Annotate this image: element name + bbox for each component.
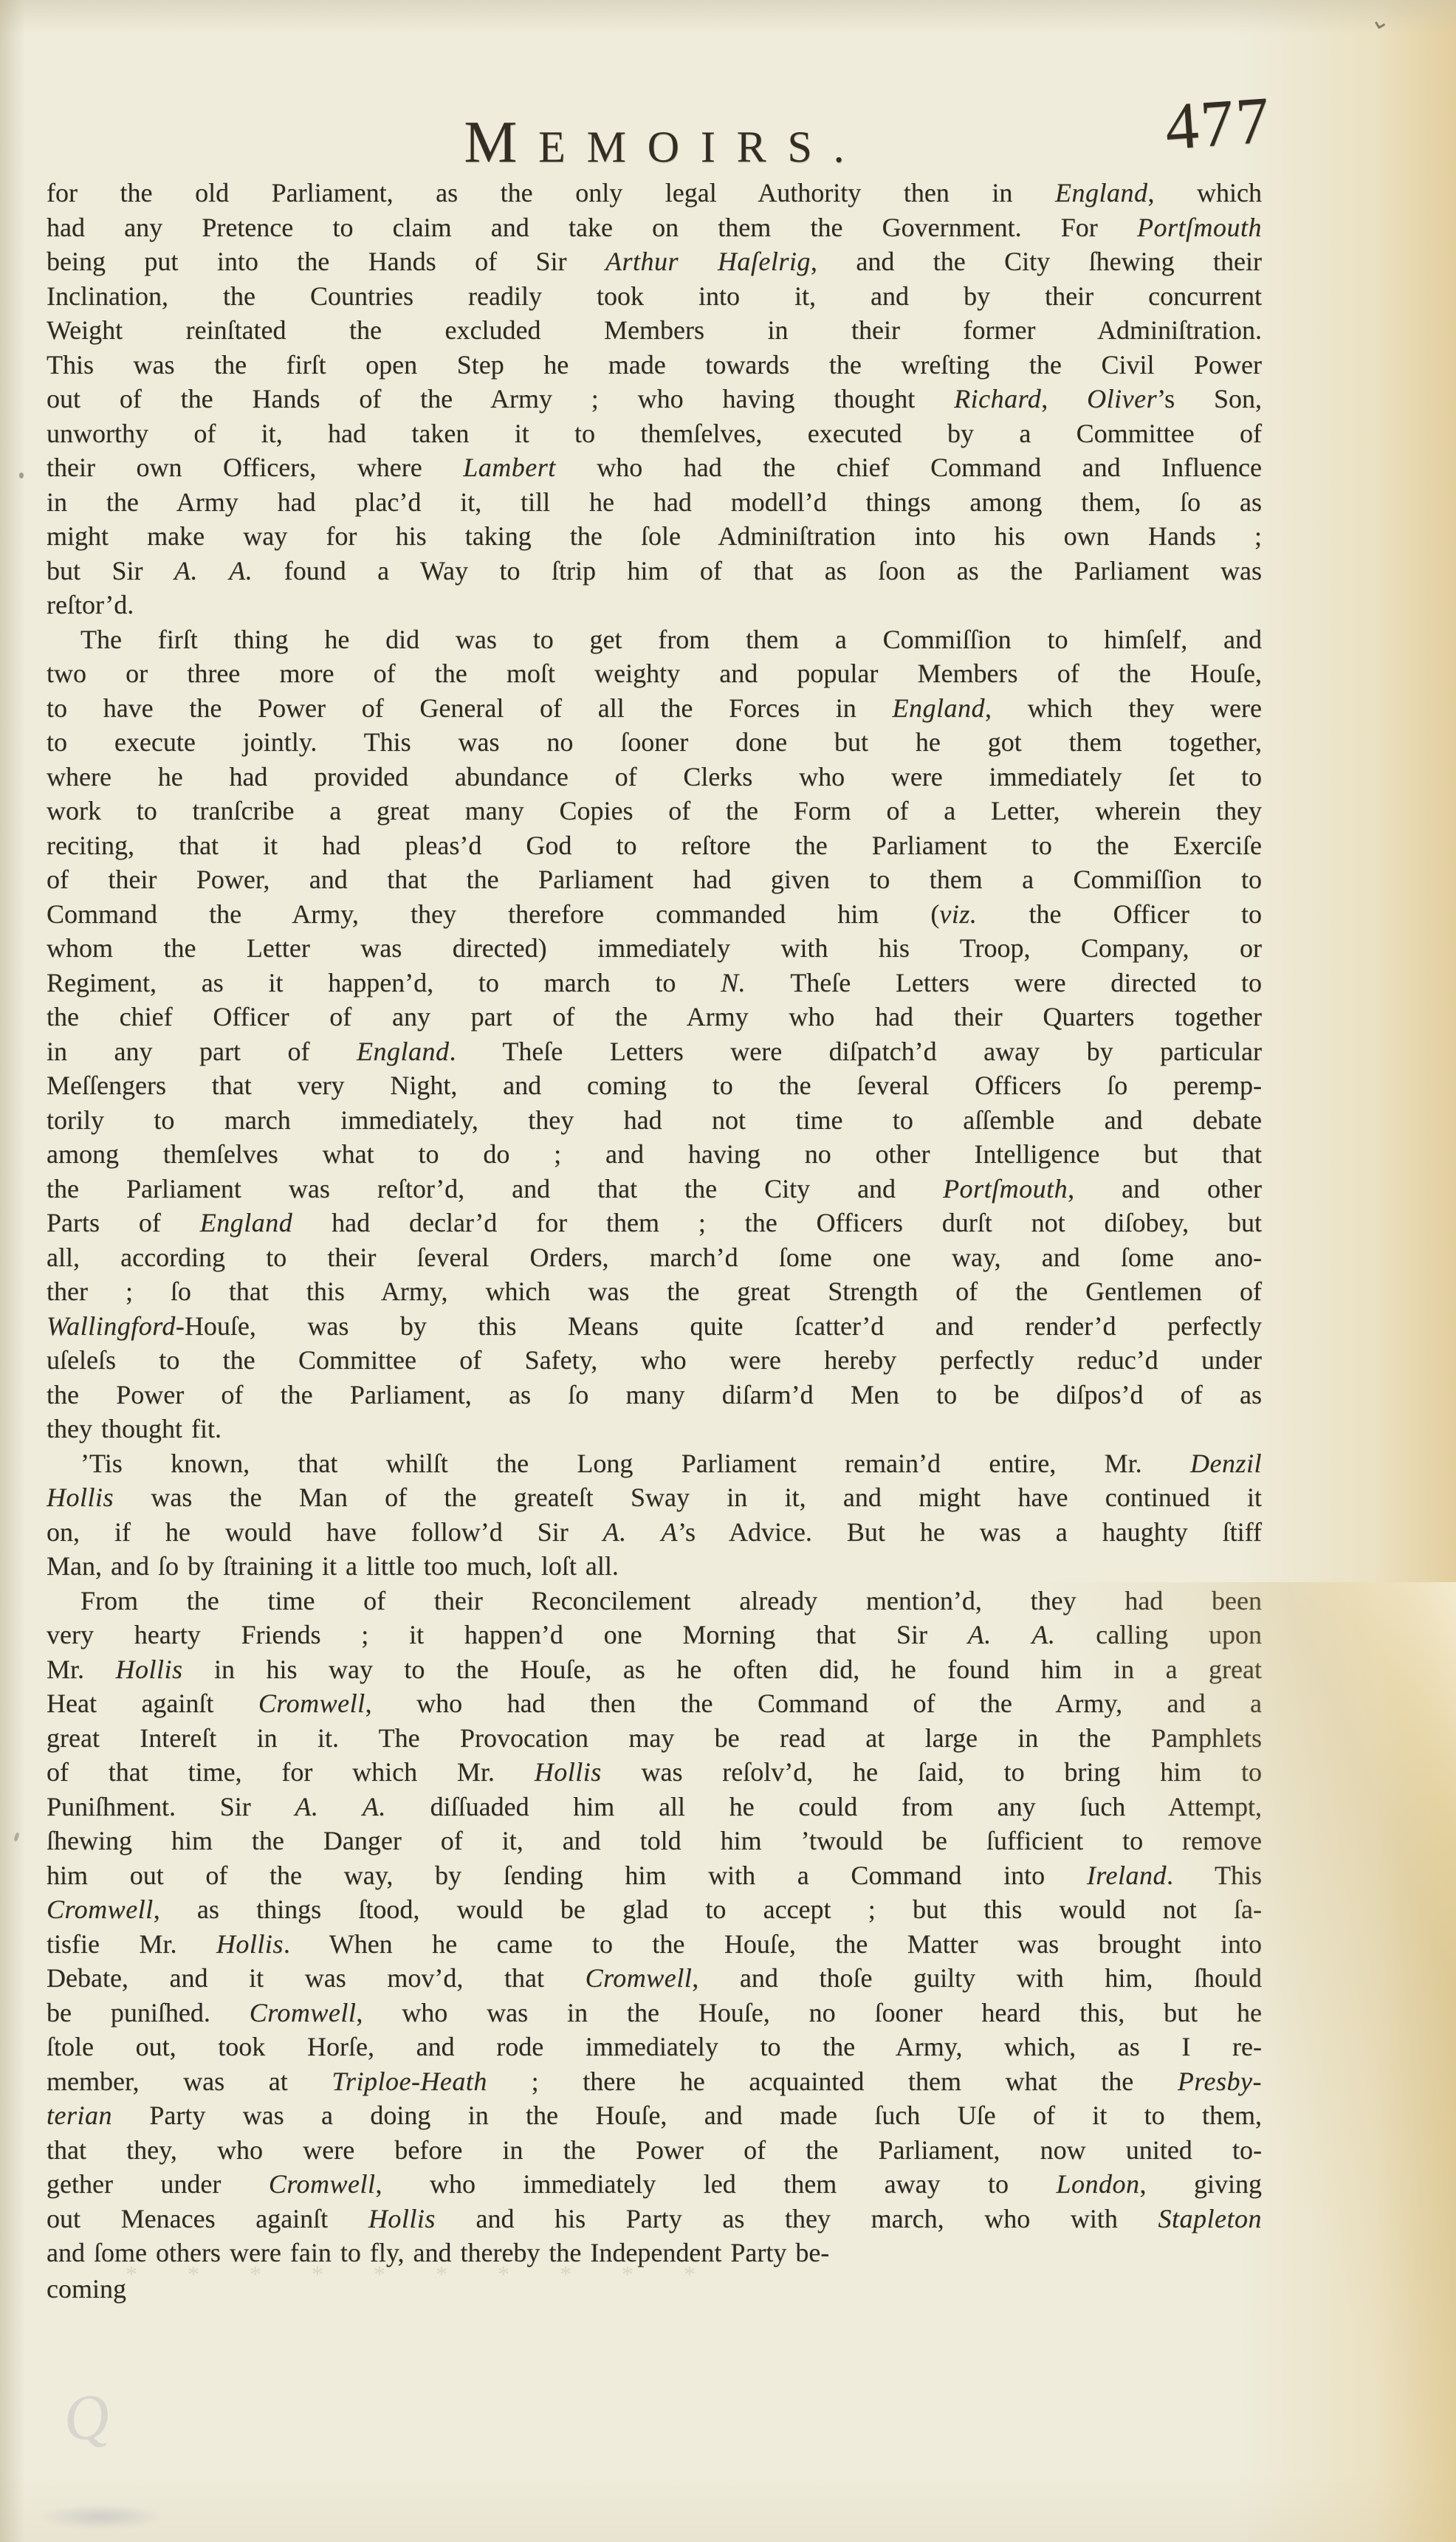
text-line: terian Party was a doing in the Houſe, a… [47, 2098, 1262, 2133]
book-page: ⌄ MEMOIRS. 477 for the old Parliament, a… [0, 0, 1456, 2542]
text-line: torily to march immediately, they had no… [47, 1103, 1262, 1138]
text-line: great Intereſt in it. The Provocation ma… [47, 1721, 1262, 1756]
text-line: Hollis was the Man of the greateſt Sway … [47, 1480, 1262, 1515]
text-line: ther ; ſo that this Army, which was the … [47, 1274, 1262, 1309]
text-line: Cromwell, as things ſtood, would be glad… [47, 1892, 1262, 1927]
text-line: and ſome others were fain to fly, and th… [47, 2236, 1262, 2270]
paragraph: for the old Parliament, as the only lega… [47, 176, 1262, 622]
text-line: reſtor’d. [47, 588, 1262, 622]
text-line: in any part of England. Theſe Letters we… [47, 1034, 1262, 1069]
catchword: coming [47, 2272, 1262, 2306]
text-line: unworthy of it, had taken it to themſelv… [47, 416, 1262, 451]
text-line: Command the Army, they therefore command… [47, 897, 1262, 932]
text-line: to execute jointly. This was no ſooner d… [47, 725, 1262, 760]
text-line: in the Army had plac’d it, till he had m… [47, 485, 1262, 520]
ink-speck [13, 1832, 19, 1842]
paragraph: The firſt thing he did was to get from t… [47, 622, 1262, 1446]
text-line: of their Power, and that the Parliament … [47, 862, 1262, 897]
text-line: ſhewing him the Danger of it, and told h… [47, 1824, 1262, 1858]
text-line: Inclination, the Countries readily took … [47, 279, 1262, 314]
page-title: MEMOIRS. [443, 108, 866, 176]
text-line: reciting, that it had pleas’d God to reſ… [47, 828, 1262, 863]
text-line: Mr. Hollis in his way to the Houſe, as h… [47, 1652, 1262, 1687]
text-line: uſeleſs to the Committee of Safety, who … [47, 1343, 1262, 1378]
text-line: the chief Officer of any part of the Arm… [47, 1000, 1262, 1034]
text-line: member, was at Triploe-Heath ; there he … [47, 2064, 1262, 2099]
text-line: on, if he would have follow’d Sir A. A’s… [47, 1515, 1262, 1550]
page-number: 477 [1163, 82, 1274, 165]
text-line: work to tranſcribe a great many Copies o… [47, 794, 1262, 828]
text-line: The firſt thing he did was to get from t… [47, 622, 1262, 657]
text-line: Regiment, as it happen’d, to march to N.… [47, 966, 1262, 1000]
text-line: Meſſengers that very Night, and coming t… [47, 1068, 1262, 1103]
text-line: might make way for his taking the ſole A… [47, 519, 1262, 554]
text-line: but Sir A. A. found a Way to ſtrip him o… [47, 554, 1262, 588]
text-line: the Power of the Parliament, as ſo many … [47, 1378, 1262, 1412]
text-line: Heat againſt Cromwell, who had then the … [47, 1686, 1262, 1721]
paragraph: From the time of their Reconcilement alr… [47, 1584, 1262, 2270]
text-line: had any Pretence to claim and take on th… [47, 210, 1262, 245]
paragraph: ’Tis known, that whilſt the Long Parliam… [47, 1446, 1262, 1584]
text-line: out Menaces againſt Hollis and his Party… [47, 2202, 1262, 2236]
text-line: for the old Parliament, as the only lega… [47, 176, 1262, 210]
text-line: Wallingford-Houſe, was by this Means qui… [47, 1309, 1262, 1344]
page-header: MEMOIRS. [47, 108, 1262, 176]
text-line: From the time of their Reconcilement alr… [47, 1584, 1262, 1618]
text-line: to have the Power of General of all the … [47, 691, 1262, 726]
text-line: be puniſhed. Cromwell, who was in the Ho… [47, 1996, 1262, 2030]
text-line: tisfie Mr. Hollis. When he came to the H… [47, 1927, 1262, 1962]
text-line: Parts of England had declar’d for them ;… [47, 1206, 1262, 1240]
text-line: whom the Letter was directed) immediatel… [47, 931, 1262, 966]
ink-smudge [38, 2504, 164, 2529]
text-line: their own Officers, where Lambert who ha… [47, 450, 1262, 485]
text-line: This was the firſt open Step he made tow… [47, 348, 1262, 382]
text-line: being put into the Hands of Sir Arthur H… [47, 244, 1262, 279]
text-line: that they, who were before in the Power … [47, 2133, 1262, 2168]
ink-speck [19, 473, 24, 478]
text-line: Puniſhment. Sir A. A. diſſuaded him all … [47, 1790, 1262, 1824]
text-line: very hearty Friends ; it happen’d one Mo… [47, 1618, 1262, 1652]
text-line: ſtole out, took Horſe, and rode immediat… [47, 2030, 1262, 2064]
text-line: among themſelves what to do ; and having… [47, 1137, 1262, 1172]
margin-pen-mark: ⌄ [1367, 4, 1395, 38]
text-line: Weight reinſtated the excluded Members i… [47, 313, 1262, 348]
text-line: of that time, for which Mr. Hollis was r… [47, 1755, 1262, 1790]
bleedthrough-letter: Q [58, 2377, 115, 2457]
text-line: Debate, and it was mov’d, that Cromwell,… [47, 1961, 1262, 1996]
text-line: him out of the way, by ſending him with … [47, 1858, 1262, 1893]
text-line: out of the Hands of the Army ; who havin… [47, 382, 1262, 416]
text-line: where he had provided abundance of Clerk… [47, 760, 1262, 794]
text-line: Man, and ſo by ſtraining it a little too… [47, 1549, 1262, 1584]
page-body: for the old Parliament, as the only lega… [47, 176, 1262, 2306]
text-line: gether under Cromwell, who immediately l… [47, 2167, 1262, 2202]
text-line: all, according to their ſeveral Orders, … [47, 1240, 1262, 1275]
text-line: ’Tis known, that whilſt the Long Parliam… [47, 1446, 1262, 1481]
text-line: the Parliament was reſtor’d, and that th… [47, 1172, 1262, 1206]
text-line: two or three more of the moſt weighty an… [47, 656, 1262, 691]
text-line: they thought fit. [47, 1412, 1262, 1446]
